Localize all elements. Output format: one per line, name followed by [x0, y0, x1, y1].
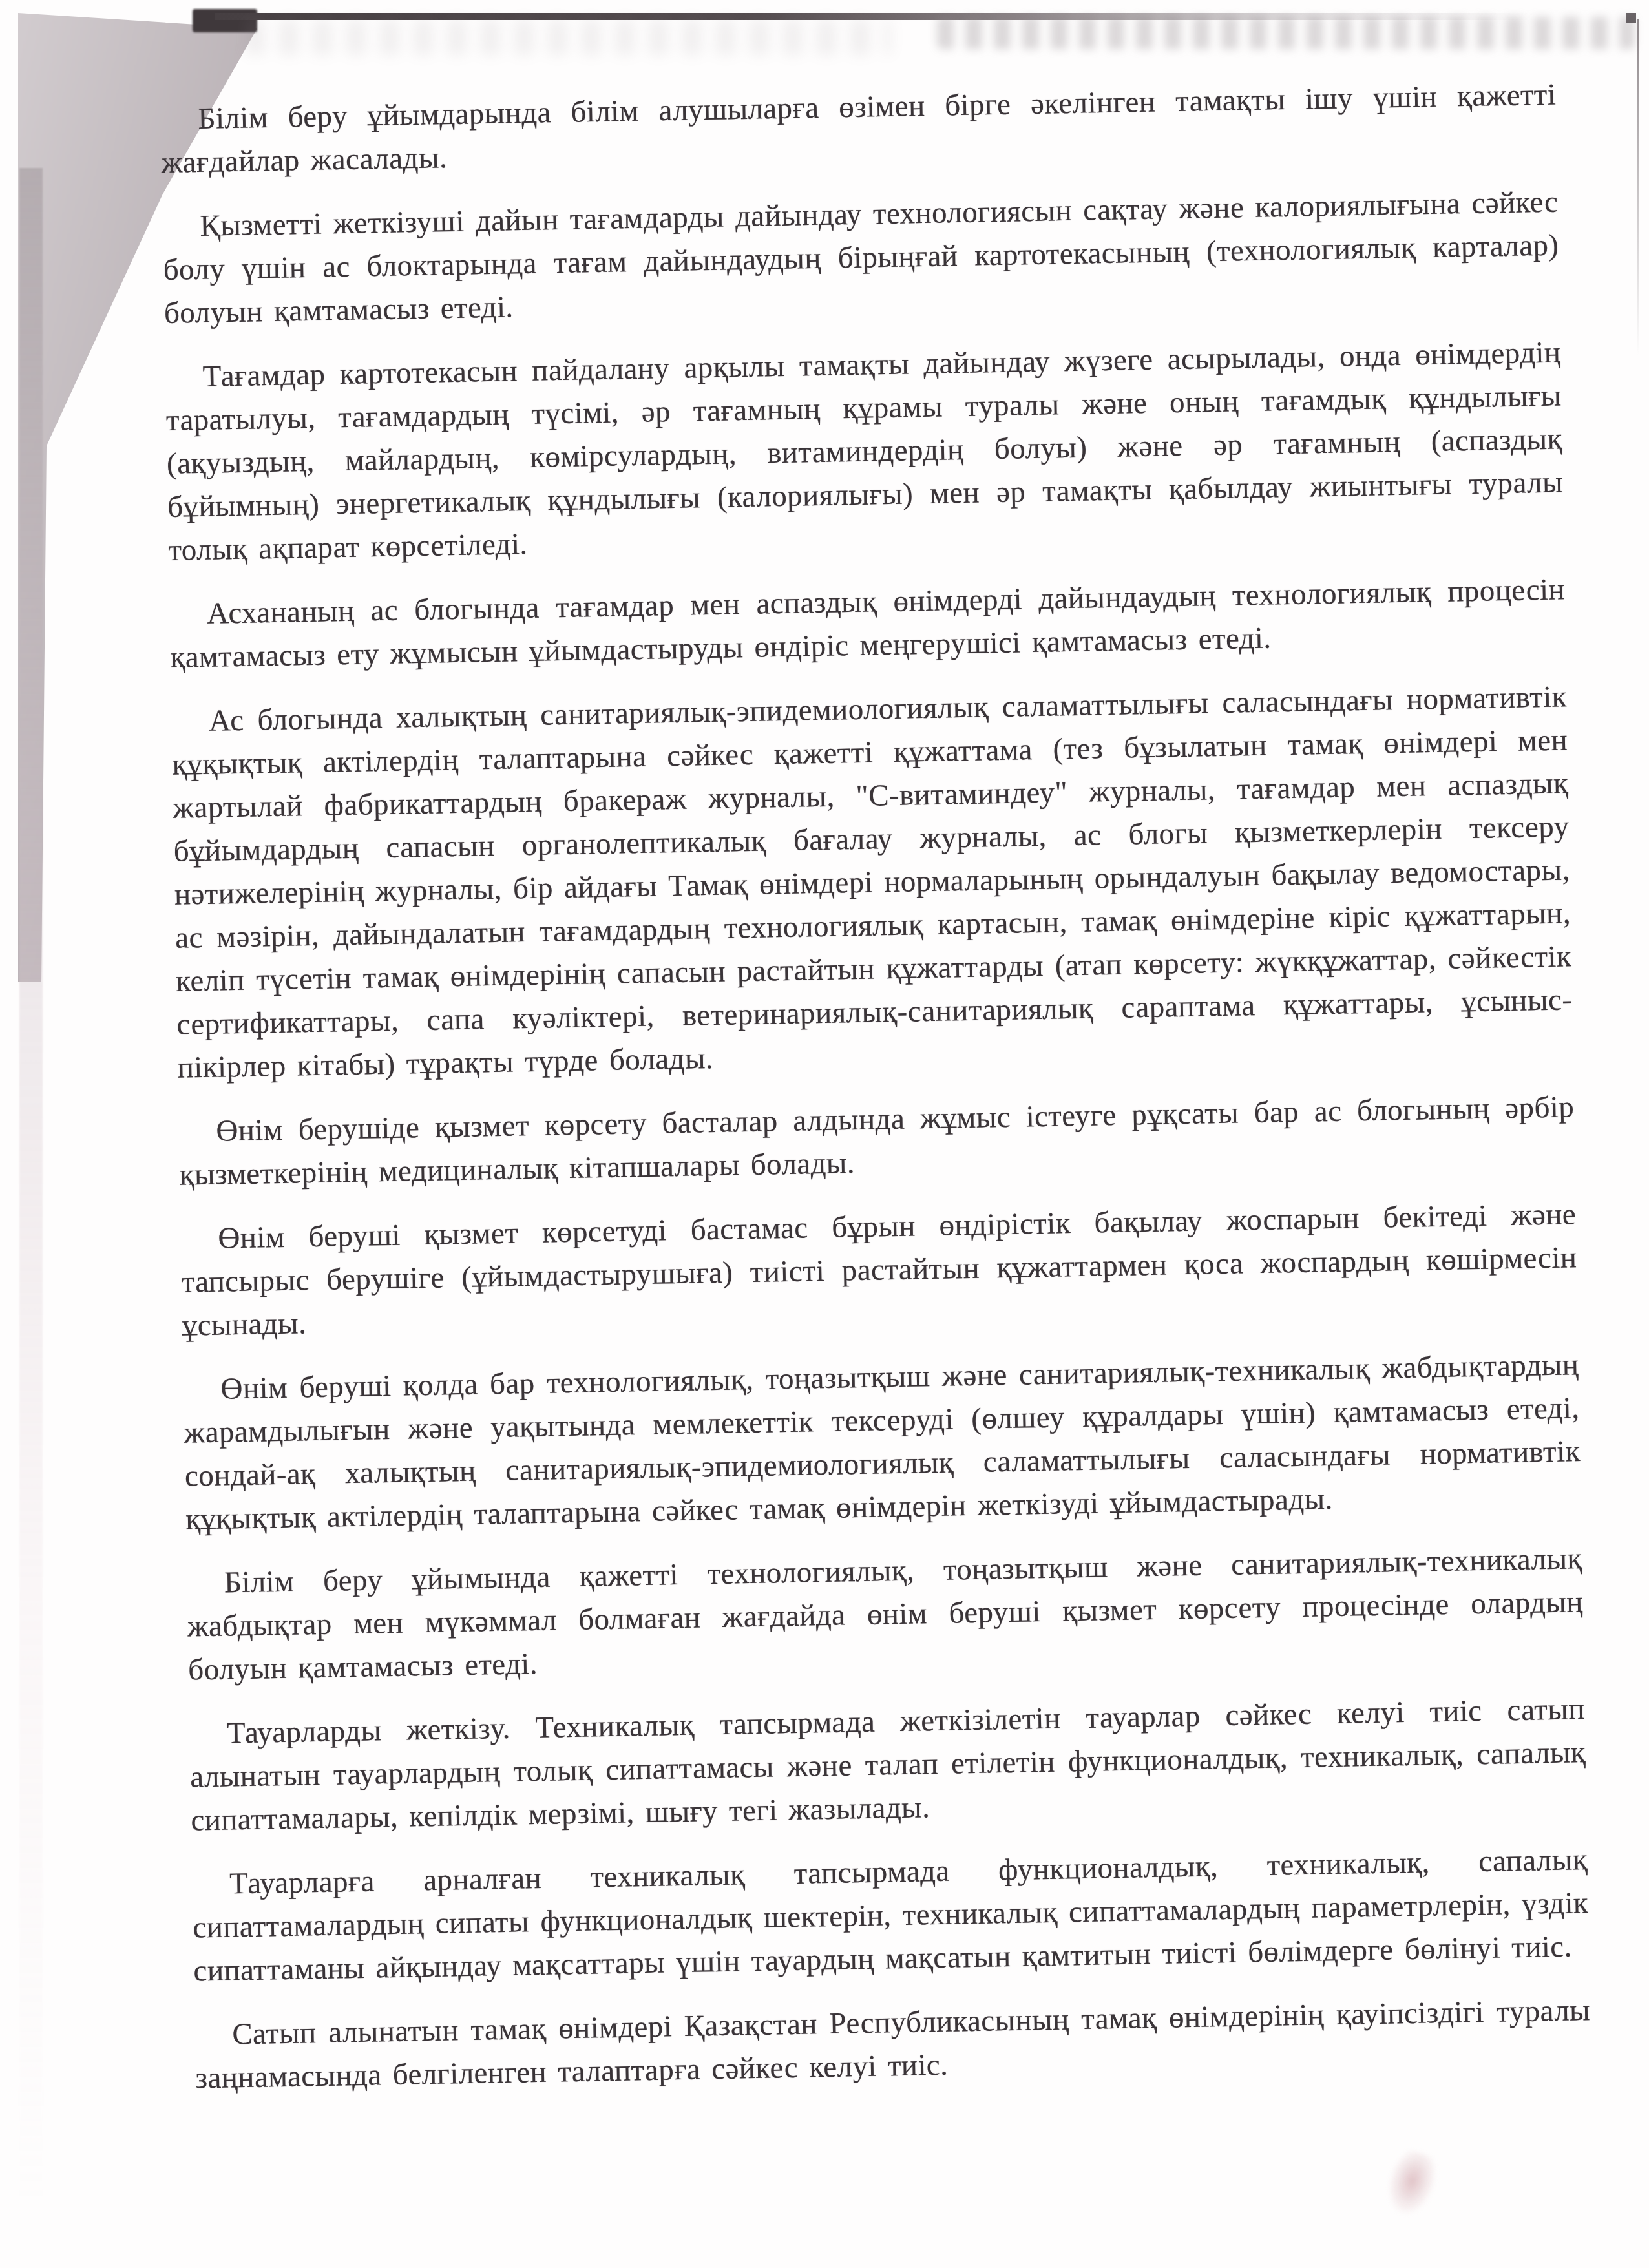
scan-right-edge-mark	[1626, 13, 1636, 23]
document-text-block: Білім беру ұйымдарында білім алушыларға …	[160, 74, 1591, 2121]
paragraph-7: Өнім беруші қызмет көрсетуді бастамас бұ…	[180, 1193, 1578, 1347]
paragraph-8: Өнім беруші қолда бар технологиялық, тоң…	[183, 1343, 1581, 1541]
paragraph-11: Тауарларға арналған техникалық тапсырмад…	[192, 1838, 1590, 1993]
scan-right-edge-line	[1637, 19, 1639, 355]
paragraph-1: Білім беру ұйымдарында білім алушыларға …	[160, 74, 1557, 185]
paragraph-2: Қызметті жеткізуші дайын тағамдарды дайы…	[162, 181, 1560, 335]
bleedthrough-text-smudge	[937, 17, 1635, 49]
paragraph-9: Білім беру ұйымында қажетті технологиялы…	[186, 1537, 1584, 1692]
paragraph-10: Тауарларды жеткізу. Техникалық тапсырмад…	[189, 1688, 1586, 1842]
paragraph-12: Сатып алынатын тамақ өнімдері Қазақстан …	[194, 1989, 1591, 2100]
paragraph-4: Асхананың ас блогында тағамдар мен аспаз…	[169, 568, 1566, 679]
scan-left-edge-shadow	[19, 168, 43, 2203]
pink-ink-smudge	[1379, 2146, 1443, 2221]
paragraph-6: Өнім берушіде қызмет көрсету басталар ал…	[178, 1086, 1575, 1197]
paragraph-5: Ас блогында халықтың санитариялық-эпидем…	[171, 675, 1573, 1089]
paragraph-3: Тағамдар картотекасын пайдалану арқылы т…	[165, 331, 1564, 572]
bleedthrough-text-smudge-faint	[246, 19, 892, 55]
scanned-page: Білім беру ұйымдарында білім алушыларға …	[0, 0, 1649, 2268]
